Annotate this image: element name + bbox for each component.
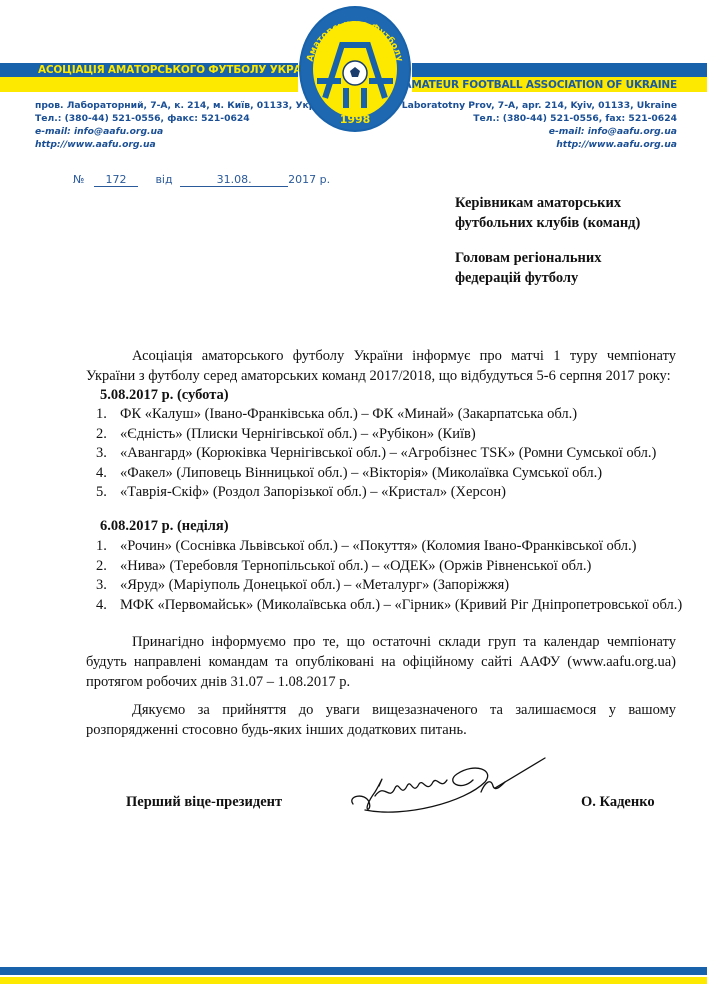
contact-block-en: Laboratotny Prov, 7-A, apr. 214, Kyiv, 0… <box>402 99 677 151</box>
reference-number: 172 <box>94 173 138 187</box>
list-item: 2.«Єдність» (Плиски Чернігівської обл.) … <box>96 425 656 445</box>
phone-en: Тел.: (380-44) 521-0556, fax: 521-0624 <box>402 112 677 125</box>
footer-band-blue <box>0 967 707 975</box>
email-en[interactable]: e-mail: info@aafu.org.ua <box>402 125 677 138</box>
football-icon <box>343 61 367 85</box>
header-band-blue-right <box>412 63 707 77</box>
org-name-en: AMATEUR FOOTBALL ASSOCIATION OF UKRAINE <box>403 79 677 91</box>
contact-block-ua: пров. Лабораторний, 7-А, к. 214, м. Київ… <box>35 99 337 151</box>
signatory-title: Перший віце-президент <box>126 794 282 811</box>
address-en: Laboratotny Prov, 7-A, apr. 214, Kyiv, 0… <box>402 99 677 112</box>
intro-paragraph: Асоціація аматорського футболу України і… <box>86 346 676 386</box>
list-item: 1.«Рочин» (Соснівка Львівської обл.) – «… <box>96 537 682 557</box>
match-list-day1: 1.ФК «Калуш» (Івано-Франківська обл.) – … <box>96 405 656 503</box>
website-ua[interactable]: http://www.aafu.org.ua <box>35 138 337 151</box>
list-item: 5.«Таврія-Скіф» (Роздол Запорізької обл.… <box>96 483 656 503</box>
list-item: 3.«Авангард» (Корюківка Чернігівської об… <box>96 444 656 464</box>
website-en[interactable]: http://www.aafu.org.ua <box>402 138 677 151</box>
list-item: 4.«Факел» (Липовець Вінницької обл.) – «… <box>96 464 656 484</box>
footer-band-yellow <box>0 977 707 984</box>
reference-line: № 172 від 31.08.2017 р. <box>73 173 330 187</box>
list-item: 1.ФК «Калуш» (Івано-Франківська обл.) – … <box>96 405 656 425</box>
day-heading: 5.08.2017 р. (субота) <box>100 387 229 404</box>
match-list-day2: 1.«Рочин» (Соснівка Львівської обл.) – «… <box>96 537 682 615</box>
reference-date: 31.08. <box>180 173 288 187</box>
signatory-name: О. Каденко <box>581 794 655 811</box>
handwritten-signature <box>345 752 550 820</box>
day-heading: 6.08.2017 р. (неділя) <box>100 518 229 535</box>
list-item: 2.«Нива» (Теребовля Тернопільської обл.)… <box>96 557 682 577</box>
addressees: Керівникам аматорських футбольних клубів… <box>455 193 645 303</box>
header-band-yellow-left <box>0 77 298 92</box>
list-item: 3.«Яруд» (Маріуполь Донецької обл.) – «М… <box>96 576 682 596</box>
info-paragraph: Принагідно інформуємо про те, що остаточ… <box>86 632 676 692</box>
addressee-clubs: Керівникам аматорських футбольних клубів… <box>455 193 645 233</box>
date-label: від <box>155 173 172 186</box>
number-label: № <box>73 173 84 186</box>
org-name-ua: АСОЦІАЦІЯ АМАТОРСЬКОГО ФУТБОЛУ УКРАЇНИ <box>38 64 322 76</box>
addressee-federations: Головам регіональних федерацій футболу <box>455 248 625 288</box>
logo-year: 1998 <box>340 113 371 126</box>
reference-year: 2017 р. <box>288 173 330 186</box>
aafu-logo-emblem: Аматорського Футболу 1998 <box>298 5 412 133</box>
phone-ua: Тел.: (380-44) 521-0556, факс: 521-0624 <box>35 112 337 125</box>
list-item: 4.МФК «Первомайськ» (Миколаївська обл.) … <box>96 596 682 616</box>
address-ua: пров. Лабораторний, 7-А, к. 214, м. Київ… <box>35 99 337 112</box>
thanks-paragraph: Дякуємо за прийняття до уваги вищезазнач… <box>86 700 676 740</box>
email-ua[interactable]: e-mail: info@aafu.org.ua <box>35 125 337 138</box>
